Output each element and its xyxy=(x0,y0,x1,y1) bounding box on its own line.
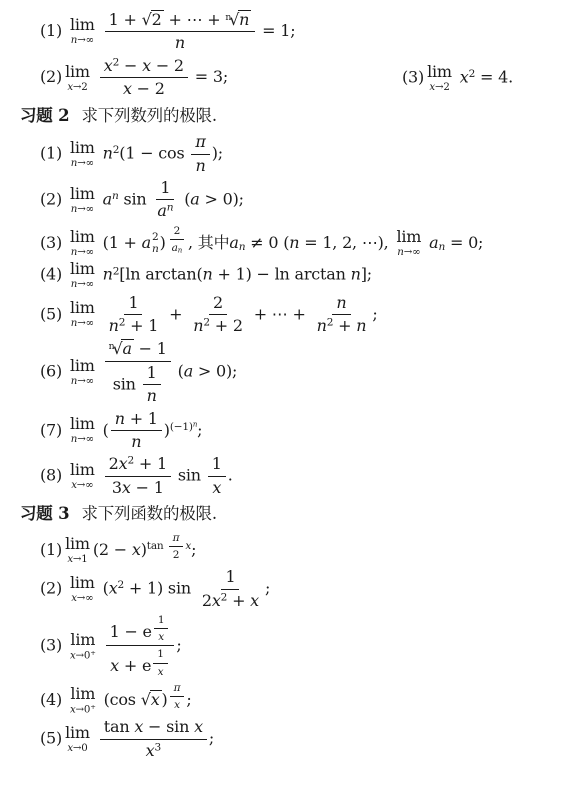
limit-subscript: n→∞ xyxy=(71,247,94,257)
math-text: (1) xyxy=(40,21,67,40)
math-text: 1 xyxy=(160,178,170,197)
fraction-numerator: 1 xyxy=(156,179,174,200)
math-text: (7) xyxy=(40,420,67,439)
limit-word: lim xyxy=(70,261,95,277)
math-text: (4) xyxy=(40,690,67,709)
radical-index: n xyxy=(225,12,231,23)
superscript: tan π2x xyxy=(147,540,191,552)
limit-operator: limx→0+ xyxy=(70,632,96,661)
math-variable: x xyxy=(104,56,113,75)
math-text xyxy=(98,304,103,323)
math-text: − xyxy=(119,56,142,75)
formula-line: (3) limn→∞ (1 + a2n)2an, 其中an ≠ 0 (n = 1… xyxy=(0,225,571,258)
math-variable: a xyxy=(229,233,238,252)
formula-line: (1) limn→∞ n2(1 − cos πn); xyxy=(0,133,571,175)
superscript: 3 xyxy=(155,741,162,753)
math-text: →0 xyxy=(76,649,91,661)
math-variable: n xyxy=(152,243,159,255)
fraction-denominator: 3x − 1 xyxy=(108,477,168,497)
formula-line: (3) limx→0+ 1 − e1xx + e1x; xyxy=(0,614,571,678)
math-text xyxy=(98,362,103,381)
math-variable: n xyxy=(115,409,125,428)
fraction: nn2 + n xyxy=(313,294,371,336)
fraction: 1n2 + 1 xyxy=(105,294,163,336)
limit-word: lim xyxy=(70,686,95,702)
limit-subscript: n→∞ xyxy=(71,434,94,444)
math-text: ( xyxy=(173,362,184,381)
math-variable: n xyxy=(239,10,249,29)
math-text: 1 − e xyxy=(110,622,152,641)
math-variable: n xyxy=(175,33,185,52)
fraction-denominator: n2 + n xyxy=(313,315,371,335)
math-variable: x xyxy=(122,478,131,497)
math-variable: a xyxy=(157,201,166,220)
formula-line: (2) limn→∞ an sin 1an (a > 0); xyxy=(0,179,571,221)
formula-line: (5) limn→∞ 1n2 + 1 + 2n2 + 2 + ⋯ + nn2 +… xyxy=(0,294,571,336)
math-text xyxy=(98,21,103,40)
superscript: (−1)n xyxy=(170,421,197,433)
math-text: →0 xyxy=(73,742,88,754)
math-text: . xyxy=(228,466,233,485)
limit-subscript: n→∞ xyxy=(71,35,94,45)
fraction-numerator: n + 1 xyxy=(111,410,162,431)
math-text: (3) xyxy=(40,635,67,654)
limit-subscript: n→∞ xyxy=(397,247,420,257)
fraction-numerator: 1 xyxy=(124,294,142,315)
fraction-numerator: x2 − x − 2 xyxy=(100,57,188,78)
fraction-denominator: an xyxy=(168,240,186,254)
math-text: →∞ xyxy=(77,479,94,491)
superscript: 1x xyxy=(152,623,171,635)
limit-word: lim xyxy=(70,186,95,202)
math-variable: π xyxy=(174,682,181,694)
fraction-denominator: x xyxy=(208,477,225,497)
math-variable: n xyxy=(336,293,346,312)
limit-word: lim xyxy=(65,725,90,741)
limit-word: lim xyxy=(65,64,90,80)
fraction-denominator: x xyxy=(170,697,184,711)
math-variable: n xyxy=(195,156,205,175)
section-title: 求下列数列的极限. xyxy=(81,106,216,125)
supsub-stack: 2n xyxy=(152,232,159,255)
limit-operator: limn→∞ xyxy=(70,17,95,45)
math-text: = 1; xyxy=(257,21,295,40)
limit-word: lim xyxy=(70,416,95,432)
math-text: →2 xyxy=(73,81,88,93)
math-variable: x xyxy=(250,591,259,610)
fraction-numerator: 1 − e1x xyxy=(106,614,175,646)
fraction-denominator: sin 1n xyxy=(109,362,167,406)
math-text: (cos xyxy=(99,690,141,709)
fraction-numerator: π xyxy=(170,682,185,697)
math-text: − 1 xyxy=(131,478,164,497)
math-text: (3) xyxy=(402,67,424,86)
fraction-denominator: an xyxy=(153,200,177,220)
radical-index: n xyxy=(109,341,115,352)
fraction: 1 + √2 + ⋯ + n√nn xyxy=(105,10,256,53)
limit-subscript: n→∞ xyxy=(71,318,94,328)
limit-word: lim xyxy=(396,229,421,245)
math-text: ; xyxy=(191,540,196,559)
radicand: a xyxy=(121,339,133,358)
exercise-page: (1) limn→∞ 1 + √2 + ⋯ + n√nn = 1;(2)limx… xyxy=(0,0,571,760)
math-variable: n xyxy=(356,316,366,335)
fraction-denominator: n xyxy=(171,32,189,52)
limit-word: lim xyxy=(70,462,95,478)
fraction-numerator: tan x − sin x xyxy=(100,718,207,739)
math-text: →∞ xyxy=(77,592,94,604)
math-text: ; xyxy=(209,729,214,748)
math-text: (−1) xyxy=(170,421,193,433)
math-text: (1 + xyxy=(98,233,142,252)
limit-operator: limn→∞ xyxy=(70,140,95,168)
fraction-denominator: x xyxy=(154,664,168,678)
math-text: + 1) sin xyxy=(124,579,196,598)
limit-subscript: x→∞ xyxy=(71,593,93,603)
section-title: 求下列函数的极限. xyxy=(81,504,216,523)
radical: √2 xyxy=(142,10,164,29)
math-variable: x xyxy=(158,631,164,643)
math-text: 2 xyxy=(109,454,119,473)
math-text: + xyxy=(164,304,187,323)
math-text: , xyxy=(188,233,198,252)
limit-subscript: x→2 xyxy=(429,82,449,92)
math-text: ( xyxy=(98,420,109,439)
math-text: (1) xyxy=(40,144,67,163)
math-text: (2) xyxy=(40,579,67,598)
math-variable: x xyxy=(460,67,469,86)
limit-word: lim xyxy=(427,64,452,80)
fraction: 2n2 + 2 xyxy=(189,294,247,336)
superscript: n xyxy=(167,202,174,214)
math-text: ); xyxy=(212,144,223,163)
superscript: + xyxy=(90,649,95,657)
fraction-denominator: x3 xyxy=(142,740,165,760)
math-text: ( xyxy=(98,579,109,598)
exercise-label: 习题 3 xyxy=(20,504,69,523)
math-variable: a xyxy=(142,233,151,252)
fraction-numerator: 1 xyxy=(153,648,168,663)
fraction-denominator: x − 2 xyxy=(119,78,169,98)
fraction-numerator: n√a − 1 xyxy=(105,339,171,361)
limit-operator: limx→∞ xyxy=(70,575,95,603)
formula-line: (4) limn→∞ n2[ln arctan(n + 1) − ln arct… xyxy=(0,261,571,289)
math-variable: n xyxy=(193,316,203,335)
fraction-denominator: n xyxy=(127,431,145,451)
section-header: 习题 3求下列函数的极限. xyxy=(0,504,571,525)
math-variable: n xyxy=(112,190,119,202)
math-text: 3 xyxy=(155,741,162,753)
fraction: 1x xyxy=(208,455,226,497)
limit-operator: limx→∞ xyxy=(70,462,95,490)
formula-line: (1) limn→∞ 1 + √2 + ⋯ + n√nn = 1; xyxy=(0,10,571,53)
math-text: − 2 xyxy=(151,56,184,75)
math-text: →∞ xyxy=(77,34,94,46)
math-text: ; xyxy=(265,579,270,598)
math-variable: x xyxy=(110,656,119,675)
math-text: − sin xyxy=(143,717,194,736)
fraction-numerator: 2x2 + 1 xyxy=(105,455,171,476)
math-text: = 0; xyxy=(445,233,483,252)
limit-word: lim xyxy=(70,632,95,648)
math-text: 2 xyxy=(213,293,223,312)
stack-subscript: n xyxy=(152,244,159,255)
superscript: 1x xyxy=(151,657,170,669)
math-text: + 1 xyxy=(125,316,158,335)
formula-line: (2)limx→2 x2 − x − 2x − 2 = 3;(3)limx→2 … xyxy=(0,57,571,99)
fraction: tan x − sin xx3 xyxy=(100,718,207,760)
math-text: 2 xyxy=(173,549,180,561)
math-text: > 0); xyxy=(193,362,237,381)
math-text: →0 xyxy=(76,703,91,715)
math-text: →∞ xyxy=(77,375,94,387)
fraction-numerator: 1 xyxy=(143,364,161,385)
math-text: + xyxy=(333,316,356,335)
math-text: (6) xyxy=(40,362,67,381)
math-variable: a xyxy=(122,339,131,358)
limit-subscript: x→0+ xyxy=(70,650,96,661)
fraction: 1an xyxy=(153,179,177,221)
math-text: 2 xyxy=(174,225,181,237)
math-text: (2) xyxy=(40,189,67,208)
math-text: + ⋯ + xyxy=(249,304,311,323)
math-text: [ln arctan( xyxy=(119,265,202,284)
exercise-label: 习题 2 xyxy=(20,106,69,125)
math-variable: x xyxy=(212,478,221,497)
math-text: ) xyxy=(162,690,168,709)
math-text: = 1, 2, ⋯), xyxy=(299,233,393,252)
formula-left: (2)limx→2 x2 − x − 2x − 2 = 3; xyxy=(40,67,228,86)
limit-subscript: x→0+ xyxy=(70,704,96,715)
math-text: 2 xyxy=(152,10,162,29)
math-text: ; xyxy=(176,635,181,654)
limit-subscript: x→2 xyxy=(67,82,87,92)
limit-operator: limx→2 xyxy=(65,64,90,92)
fraction: 2an xyxy=(168,225,186,255)
limit-subscript: x→∞ xyxy=(71,480,93,490)
math-variable: n xyxy=(103,265,113,284)
math-text: ; xyxy=(197,420,202,439)
math-variable: a xyxy=(184,362,193,381)
math-variable: n xyxy=(131,432,141,451)
math-text xyxy=(93,67,98,86)
math-text: sin xyxy=(173,466,206,485)
superscript: 2an xyxy=(166,234,188,246)
limit-word: lim xyxy=(65,536,90,552)
fraction-denominator: 2x2 + x xyxy=(198,590,263,610)
math-variable: n xyxy=(147,386,157,405)
math-text: > 0); xyxy=(200,189,244,208)
math-text: (8) xyxy=(40,466,67,485)
stack-superscript: 2 xyxy=(152,232,159,243)
math-text: →∞ xyxy=(77,278,94,290)
radical: √x xyxy=(141,690,162,709)
math-text: + 1) − ln arctan xyxy=(213,265,351,284)
math-text: 1 xyxy=(158,614,165,626)
math-text: 1 + xyxy=(109,10,142,29)
chinese-text: 其中 xyxy=(198,233,230,252)
superscript: n xyxy=(112,190,119,202)
math-text xyxy=(99,635,104,654)
superscript: πx xyxy=(168,690,187,702)
math-variable: x xyxy=(151,690,160,709)
math-variable: n xyxy=(317,316,327,335)
fraction: 2x2 + 13x − 1 xyxy=(105,455,171,497)
formula-line: (6) limn→∞ n√a − 1sin 1n (a > 0); xyxy=(0,339,571,405)
limit-operator: limx→0+ xyxy=(70,686,96,715)
radical: n√n xyxy=(225,10,251,29)
limit-word: lim xyxy=(70,358,95,374)
limit-word: lim xyxy=(70,575,95,591)
fraction-denominator: x + e1x xyxy=(106,646,174,677)
math-text: + 2 xyxy=(210,316,243,335)
superscript: + xyxy=(90,703,95,711)
math-text: − 2 xyxy=(132,79,165,98)
math-variable: a xyxy=(429,233,438,252)
formula-line: (7) limn→∞ (n + 1n)(−1)n; xyxy=(0,410,571,452)
fraction-numerator: 1 xyxy=(154,614,169,629)
math-text: + xyxy=(90,703,95,711)
math-text: 3 xyxy=(112,478,122,497)
math-text: 1 xyxy=(128,293,138,312)
math-variable: x xyxy=(212,591,221,610)
fraction: n√a − 1sin 1n xyxy=(105,339,171,405)
limit-subscript: n→∞ xyxy=(71,376,94,386)
limit-operator: limn→∞ xyxy=(70,358,95,386)
math-text: ( xyxy=(179,189,190,208)
math-text: (5) xyxy=(40,729,62,748)
math-text: sin xyxy=(113,374,141,393)
math-variable: x xyxy=(174,699,180,711)
math-text: ; xyxy=(186,690,191,709)
math-text: ; xyxy=(372,304,377,323)
math-variable: n xyxy=(351,265,361,284)
math-text xyxy=(93,729,98,748)
fraction-numerator: 1 xyxy=(208,455,226,476)
math-text: (1 − cos xyxy=(119,144,189,163)
math-text: tan xyxy=(104,717,135,736)
math-text xyxy=(98,466,103,485)
math-variable: n xyxy=(203,265,213,284)
math-variable: x xyxy=(158,666,164,678)
limit-operator: limx→1 xyxy=(65,536,90,564)
fraction-numerator: n xyxy=(332,294,350,315)
math-variable: n xyxy=(289,233,299,252)
limit-subscript: x→0 xyxy=(67,743,87,753)
math-text: →∞ xyxy=(77,317,94,329)
math-text: (4) xyxy=(40,265,67,284)
formula-right: (3)limx→2 x2 = 4. xyxy=(402,64,513,92)
limit-subscript: n→∞ xyxy=(71,279,94,289)
math-text: →∞ xyxy=(77,203,94,215)
formula-line: (1)limx→1(2 − x)tan π2x; xyxy=(0,532,571,565)
fraction: n + 1n xyxy=(111,410,162,452)
math-text: 1 xyxy=(147,363,157,382)
limit-word: lim xyxy=(70,140,95,156)
math-text: 2 xyxy=(202,591,212,610)
limit-operator: limn→∞ xyxy=(70,229,95,257)
math-variable: x xyxy=(132,540,141,559)
limit-subscript: x→1 xyxy=(67,554,87,564)
math-text: (3) xyxy=(40,233,67,252)
math-variable: a xyxy=(103,189,112,208)
math-text: + xyxy=(90,649,95,657)
fraction-denominator: n2 + 2 xyxy=(189,315,247,335)
math-text: 1 xyxy=(212,454,222,473)
math-text: (1) xyxy=(40,540,62,559)
math-text: sin xyxy=(119,189,152,208)
subscript: n xyxy=(178,246,182,254)
math-text: + ⋯ + xyxy=(164,10,226,29)
fraction-numerator: 2 xyxy=(209,294,227,315)
math-text: →∞ xyxy=(77,157,94,169)
fraction: πn xyxy=(191,133,209,175)
math-text: 1 xyxy=(157,648,164,660)
math-text: →2 xyxy=(435,81,450,93)
limit-subscript: n→∞ xyxy=(71,158,94,168)
math-text: ) xyxy=(160,233,166,252)
radicand: x xyxy=(150,690,162,709)
math-text: →∞ xyxy=(404,246,421,258)
limit-word: lim xyxy=(70,229,95,245)
fraction-numerator: 1 xyxy=(221,568,239,589)
math-text: ]; xyxy=(361,265,372,284)
math-variable: x xyxy=(194,717,203,736)
fraction-denominator: x xyxy=(154,629,168,643)
radicand: n xyxy=(238,10,251,29)
limit-word: lim xyxy=(70,300,95,316)
section-header: 习题 2求下列数列的极限. xyxy=(0,106,571,127)
math-variable: a xyxy=(190,189,199,208)
math-variable: x xyxy=(142,56,151,75)
math-variable: x xyxy=(109,579,118,598)
fraction: x2 − x − 2x − 2 xyxy=(100,57,188,99)
fraction-numerator: π xyxy=(169,532,184,547)
limit-word: lim xyxy=(70,17,95,33)
radical: n√a xyxy=(109,339,134,358)
formula-line: (5)limx→0 tan x − sin xx3; xyxy=(0,718,571,760)
math-text: (2) xyxy=(40,67,62,86)
formula-line: (4) limx→0+ (cos √x)πx; xyxy=(0,682,571,715)
fraction: πx xyxy=(170,682,185,711)
math-text: + 1 xyxy=(134,454,167,473)
fraction-numerator: 1 + √2 + ⋯ + n√n xyxy=(105,10,256,32)
fraction-numerator: 2 xyxy=(170,225,185,240)
limit-operator: limn→∞ xyxy=(70,416,95,444)
fraction-denominator: n xyxy=(191,155,209,175)
math-variable: x xyxy=(123,79,132,98)
fraction: π2 xyxy=(169,532,184,561)
fraction-denominator: n xyxy=(143,385,161,405)
math-variable: π xyxy=(173,532,180,544)
math-text: (5) xyxy=(40,304,67,323)
math-text: ≠ 0 ( xyxy=(245,233,289,252)
formula-line: (8) limx→∞ 2x2 + 13x − 1 sin 1x. xyxy=(0,455,571,497)
limit-operator: limn→∞ xyxy=(70,261,95,289)
math-text: tan xyxy=(147,540,167,552)
fraction-numerator: π xyxy=(191,133,209,154)
math-variable: π xyxy=(195,132,205,151)
math-text: + e xyxy=(119,656,151,675)
fraction: 1x xyxy=(154,614,169,643)
math-variable: x xyxy=(146,741,155,760)
limit-operator: limn→∞ xyxy=(70,186,95,214)
math-text: = 4. xyxy=(475,67,513,86)
limit-subscript: n→∞ xyxy=(71,204,94,214)
math-text: (2 − xyxy=(93,540,132,559)
math-text: + 1 xyxy=(125,409,158,428)
limit-operator: limn→∞ xyxy=(70,300,95,328)
